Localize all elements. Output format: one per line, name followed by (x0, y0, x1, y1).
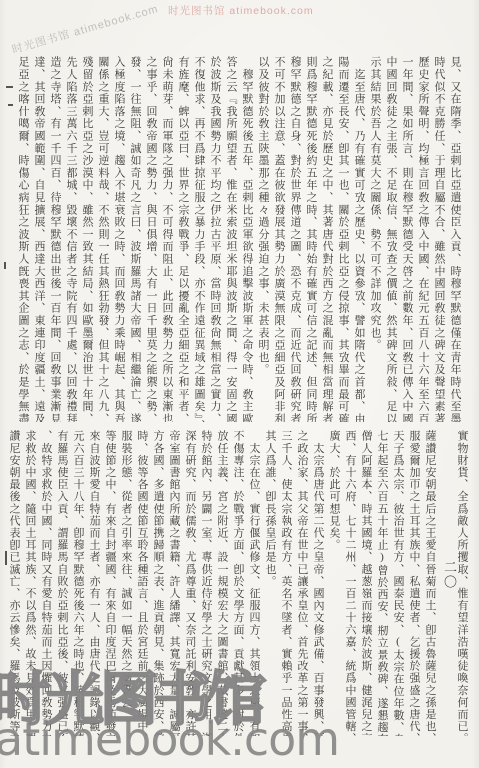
text-column: 中國回敎徒之主張、不足取信、無攷查之價値、然其碑文所敍、足以證 (383, 56, 399, 422)
text-column: 穆罕默德死後五年、亞剌比亞軍欲得追擊波斯軍之命令時、敎主歐墨爾 (239, 56, 255, 422)
text-column: 有旌麾、蜱以亞曰、世界之宗敎戰爭、足以擾亂全亞細亞之和平者、尙 (175, 56, 191, 422)
text-column: 見、又在隋季、亞剌比亞遣使臣入貢、時穆罕默德僅在靑年時代至墨克 (447, 56, 463, 422)
text-column: 殘留於亞剌比亞之沙漠中、雖然一致其結局、如歐墨爾治世十年間、沙 (79, 56, 95, 422)
text-column: 達、其回敎帝國範圍、自見擴展、西達大西洋、東連印度疆土、遠及中 (31, 56, 47, 422)
text-column: 以及彼對於敎主陝墨那之種々過分强迫之事、未甚表明也。 (255, 56, 271, 422)
top-text-block: 見、又在隋季、亞剌比亞遣使臣入貢、時穆罕默德僅在靑年時代至墨克時代似不克勝任、于… (13, 56, 463, 422)
watermark-top-red: 时光图书馆 atimebook.com (168, 3, 314, 18)
text-column: 其人爲誰、卽長孫皇后是也。 (262, 430, 278, 736)
margin-mark-dash (6, 86, 13, 88)
text-column: 則爲穆罕默德死後約五年之時、其時始有確實可信之記述、但同時所謂 (303, 56, 319, 422)
text-column: 歷史家所聲明、均極言回敎之傳入中國、在紀元五百八十六年至六百〇 (415, 56, 431, 422)
text-column: 先人陷落三萬六千三都城、毀壞不信者之寺院有四千處、以回敎禮拜所 (63, 56, 79, 422)
text-column: 足亞之喀什噶爾、時傷心病狂之波斯人旣喪其企圖之志、於是學無盡之 (15, 56, 31, 422)
text-column: 穆罕默德之自身、對於世界傳道之圖、恐不克成、而近代回敎硏究者、 (287, 56, 303, 422)
text-column: 一年間、果如所言、則在穆罕默德受天啓之前數年、回敎已傳入中國矣 (399, 56, 415, 422)
margin-mark-tick (4, 262, 6, 269)
text-column: 服愛爾加帀之土耳其族中、私遣使者、乞援於强盛之唐代、當時唐代之 (406, 430, 422, 736)
text-column: 示其結果於吾人有莫大之關係、勢不可不詳加攻究也。 (367, 56, 383, 422)
text-column: 西、有十六府、七十二州、一百二十六嘉、統爲中國管轄、唐代土地之 (342, 430, 358, 736)
text-column: 三千人、使太宗執政有方、英名不墜者、實賴乎一品性高貴之賢內助、 (278, 430, 294, 736)
text-column: 僧人阿羅本、時其國境、越葱嶺而接壤於波斯、健浘兒之言曰、李羅之 (358, 430, 374, 736)
text-column: 入極度陷落之境、趨入不堪衰敗之時、而回敎勢力乘時崛起、其與吾人 (111, 56, 127, 422)
text-column: 迄至唐代、乃有確實可攷之歷史、以資參攷、譬如隋代之首都、由洛 (351, 56, 367, 422)
text-column: 於波斯及我國勢力不平均之伊拉古平原、當時回敎尙無相當之實力、故 (207, 56, 223, 422)
text-column: 陽而遷至長安、卽其一也、關於亞剌比亞之侵掠事、其攷畢而最可確信 (335, 56, 351, 422)
text-column: 答之云『我所願望者、惟在米索波坦米耶與波斯之間、得一安固之國境 (223, 56, 239, 422)
text-column: 時代似不克勝任、于理自屬不合、雖然中國回敎徒之碑文及聲望素著之 (431, 56, 447, 422)
text-column: 關係之重大、豈可逆料哉、不然則一任其熱狂勃發、但其十之八九、卒 (95, 56, 111, 422)
text-column: 太宗爲唐代第二代之皇帝、國內文修武備、百事發興、可謂舉世罕有 (310, 430, 326, 736)
watermark-big-url: atimebook.com (0, 712, 339, 766)
margin-mark-dash (8, 104, 13, 106)
text-column: 之政治家、其父帝在世中已讓承皇位、首先改革之第一事、卽放逐後宮 (294, 430, 310, 736)
text-column: 廣大、於此可想見矣。 (326, 430, 342, 736)
text-column: 七年起至六百五十年止)曾於西安、剏立景敎碑、遂懇趨奈司託利安敎之 (374, 430, 390, 736)
text-column: 不復他求、再不爲肆掠征服之暴力手段、亦不作遠征異域之雄圖矣』、 (191, 56, 207, 422)
text-column: 尙未萌芽、而軍隊之强力、不可得而阻止、此回敎勢力之所以東漸也、 (159, 56, 175, 422)
text-column: 之紀載、亦見於歷史之中、其著唐代對於西方之混亂而無相當理解者、 (319, 56, 335, 422)
text-column: 天子爲太宗、彼治世有方、國泰民安、(太宗在位年數、自紀元六百二十 (390, 430, 406, 736)
page-number: 二〇 (440, 560, 459, 590)
text-column: 薩讚尼安朝最后之王愛自晉菊而土、卽古魯薩兒之孫是也、彼避匿於 (422, 430, 438, 736)
margin-mark-tick (5, 551, 7, 565)
text-column: 發、一往無阻、誠如奇凡之言曰、波斯羅馬諸大帝國、相繼淪亡、遂陷 (127, 56, 143, 422)
text-column: 之事乎、回敎帝國之勢力、與日俱增、大有一日千里莫之能禦之勢、旣 (143, 56, 159, 422)
text-column: 造之寺塔、有一千四百、待穆罕默德出世後一百年間、回敎事業漸見發 (47, 56, 63, 422)
text-column: 不可不加以注意、蓋在彼欲發展其勢力於廣漠無限之亞細亞及阿非利加 (271, 56, 287, 422)
